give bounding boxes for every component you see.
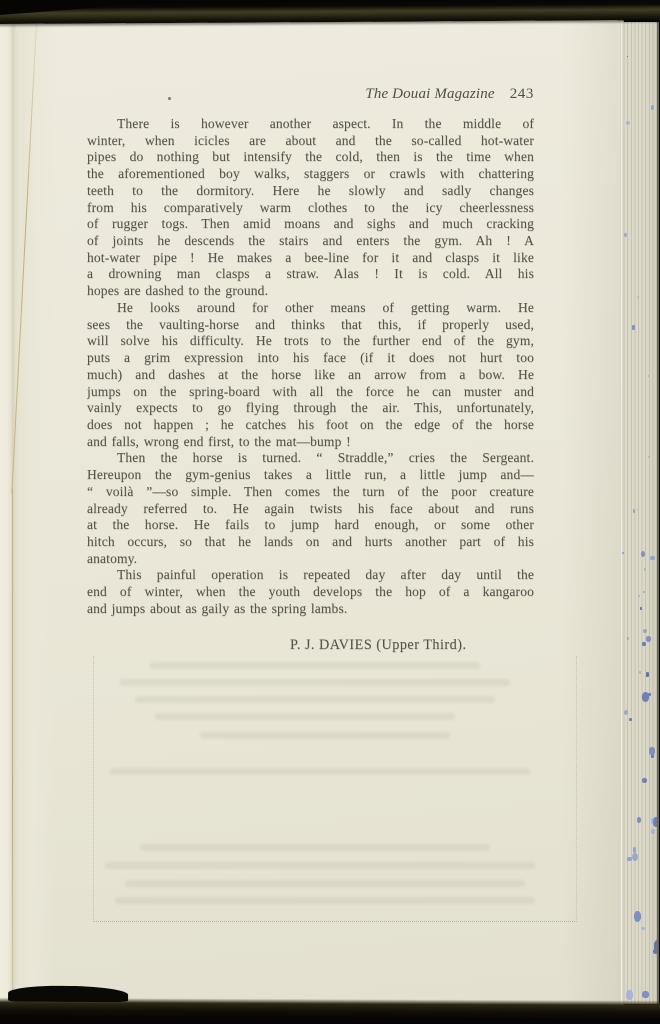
text-line: hopes are dashed to the ground. (87, 283, 534, 300)
text-line: This painful operation is repeated day a… (87, 567, 534, 584)
text-line: much) and dashes at the horse like an ar… (87, 367, 534, 384)
book-fore-edge (620, 22, 659, 1004)
page-content: The Douai Magazine 243 There is however … (87, 86, 534, 654)
text-line: Then the horse is turned. “ Straddle,” c… (87, 450, 534, 467)
book-photo: The Douai Magazine 243 There is however … (0, 0, 660, 1024)
paragraph: This painful operation is repeated day a… (87, 567, 534, 617)
text-line: from his comparatively warm clothes to t… (87, 200, 534, 217)
text-line: pipes do nothing but intensify the cold,… (87, 149, 534, 166)
text-line: of rugger togs. Then amid moans and sigh… (87, 216, 534, 233)
text-line: There is however another aspect. In the … (87, 116, 534, 133)
text-line: a drowning man clasps a straw. Alas ! It… (87, 266, 534, 283)
text-line: “ voilà ”—so simple. Then comes the turn… (87, 484, 534, 501)
text-line: and jumps about as gaily as the spring l… (87, 601, 534, 618)
page-body: There is however another aspect. In the … (87, 116, 534, 618)
text-line: winter, when icicles are about and the s… (87, 133, 534, 150)
text-line: puts a grim expression into his face (if… (87, 350, 534, 367)
text-line: hot-water pipe ! He makes a bee-line for… (87, 250, 534, 267)
text-line: Hereupon the gym-genius takes a little r… (87, 467, 534, 484)
journal-title: The Douai Magazine (365, 86, 494, 103)
gutter-crease (12, 488, 13, 1003)
text-line: at the horse. He fails to jump hard enou… (87, 517, 534, 534)
author-signature: P. J. DAVIES (Upper Third). (87, 637, 534, 654)
paragraph: There is however another aspect. In the … (87, 116, 534, 300)
text-line: the aforementioned boy walks, staggers o… (87, 166, 534, 183)
book-cover-edge-bottom (0, 998, 660, 1024)
paragraph: Then the horse is turned. “ Straddle,” c… (87, 450, 534, 567)
text-line: already referred to. He again twists his… (87, 501, 534, 518)
text-line: vainly expects to go flying through the … (87, 400, 534, 417)
text-line: anatomy. (87, 551, 534, 568)
text-line: He looks around for other means of getti… (87, 300, 534, 317)
paragraph: He looks around for other means of getti… (87, 300, 534, 450)
page-number: 243 (510, 86, 534, 103)
text-line: and falls, wrong end first, to the mat—b… (87, 434, 534, 451)
book-page: The Douai Magazine 243 There is however … (0, 20, 624, 1005)
text-line: does not happen ; he catches his foot on… (87, 417, 534, 434)
page-header: The Douai Magazine 243 (87, 86, 534, 103)
text-line: jumps on the spring-board with all the f… (87, 384, 534, 401)
text-line: teeth to the dormitory. Here he slowly a… (87, 183, 534, 200)
text-line: end of winter, when the youth develops t… (87, 584, 534, 601)
text-line: will solve his difficulty. He trots to t… (87, 333, 534, 350)
text-line: sees the vaulting-horse and thinks that … (87, 317, 534, 334)
text-line: of joints he descends the stairs and ent… (87, 233, 534, 250)
text-line: hitch occurs, so that he lands on and hu… (87, 534, 534, 551)
